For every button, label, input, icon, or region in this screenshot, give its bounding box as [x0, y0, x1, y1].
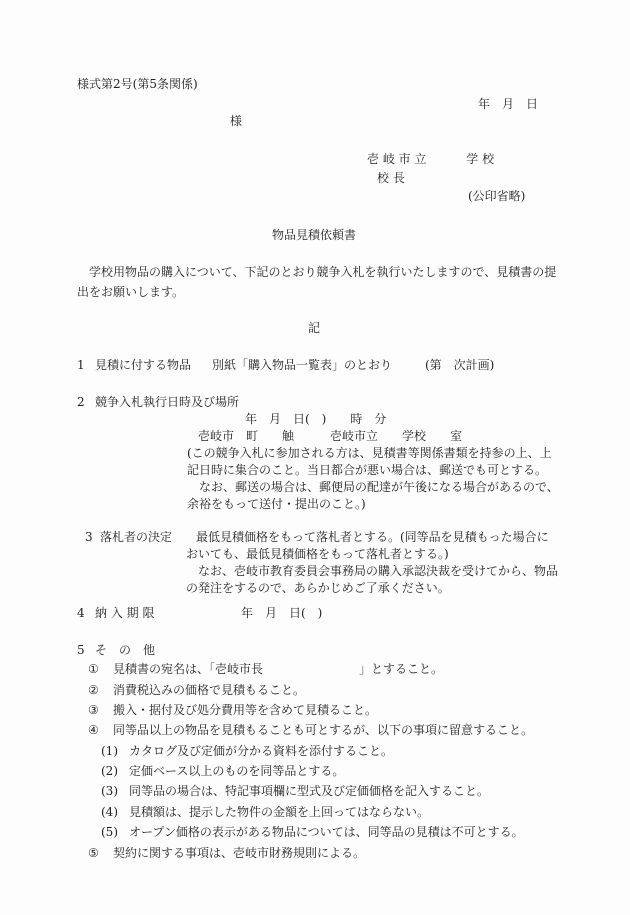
- section-2-datetime: 年 月 日( ) 時 分: [245, 412, 386, 426]
- section-5-number: 5: [77, 643, 85, 657]
- form-label: 様式第2号(第5条関係): [77, 77, 198, 91]
- section-3-line-4: の発注をするので、あらかじめご了承ください。: [186, 581, 450, 595]
- other-item-1-mark: ①: [88, 662, 99, 676]
- section-4-label: 納 入 期 限: [95, 606, 154, 620]
- sub-item-4: 見積額は、提示した物件の金額を上回ってはならない。: [129, 805, 429, 819]
- sub-item-3-mark: (3): [101, 784, 118, 798]
- section-2-note-3: なお、郵送の場合は、郵便局の配達が午後になる場合があるので、: [187, 480, 559, 494]
- intro-line-1: 学校用物品の購入について、下記のとおり競争入札を執行いたしますので、見積書の提: [77, 265, 556, 279]
- section-2-note-1: (この競争入札に参加される方は、見積書等関係書類を持参の上、上: [187, 446, 552, 460]
- section-1-content: 別紙「購入物品一覧表」のとおり: [212, 358, 392, 372]
- other-item-5: 契約に関する事項は、壱岐市財務規則による。: [113, 846, 365, 860]
- other-item-4-mark: ④: [88, 723, 99, 737]
- section-4-content: 年 月 日( ): [241, 606, 322, 620]
- other-item-3: 搬入・据付及び処分費用等を含めて見積ること。: [113, 703, 377, 717]
- sub-item-2-mark: (2): [101, 764, 118, 778]
- section-3-line-3: なお、壱岐市教育委員会事務局の購入承認決裁を受けてから、物品: [186, 564, 558, 578]
- section-2-place: 壱岐市 町 触 壱岐市立 学校 室: [198, 429, 462, 443]
- ki-marker: 記: [308, 321, 320, 335]
- section-1-label: 見積に付する物品: [95, 358, 191, 372]
- sub-item-2: 定価ベース以上のものを同等品とする。: [129, 764, 344, 778]
- section-2-note-2: 記日時に集合のこと。当日都合が悪い場合は、郵送でも可とする。: [187, 463, 547, 477]
- sender-title: 校 長: [377, 171, 405, 185]
- section-1-plan: (第 次計画): [425, 358, 494, 372]
- section-4-number: 4: [77, 606, 85, 620]
- section-2-number: 2: [77, 395, 85, 409]
- other-item-1: 見積書の宛名は、「壱岐市長 」とすること。: [113, 662, 443, 676]
- sub-item-1: カタログ及び定価が分かる資料を添付すること。: [129, 744, 393, 758]
- seal-note: (公印省略): [468, 189, 525, 203]
- sub-item-5-mark: (5): [101, 825, 118, 839]
- section-3-label: 落札者の決定: [100, 530, 172, 544]
- section-1-number: 1: [77, 358, 85, 372]
- other-item-2: 消費税込みの価格で見積もること。: [113, 683, 305, 697]
- section-5-label: そ の 他: [95, 643, 155, 657]
- other-item-4: 同等品以上の物品を見積もることも可とするが、以下の事項に留意すること。: [113, 723, 533, 737]
- date-line: 年 月 日: [478, 97, 538, 111]
- section-2-note-4: 余裕をもって送付・提出のこと。): [187, 497, 366, 511]
- section-3-number: 3: [85, 530, 93, 544]
- other-item-3-mark: ③: [88, 703, 99, 717]
- sub-item-1-mark: (1): [101, 744, 118, 758]
- other-item-5-mark: ⑤: [88, 846, 99, 860]
- sub-item-3: 同等品の場合は、特記事項欄に型式及び定価価格を記入すること。: [129, 784, 489, 798]
- intro-line-2: 出をお願いします。: [77, 285, 184, 299]
- sub-item-5: オープン価格の表示がある物品については、同等品の見積は不可とする。: [129, 825, 524, 839]
- section-2-label: 競争入札執行日時及び場所: [95, 395, 239, 409]
- sub-item-4-mark: (4): [101, 805, 118, 819]
- document-title: 物品見積依頼書: [272, 228, 356, 242]
- other-item-2-mark: ②: [88, 683, 99, 697]
- section-3-line-2: おいても、最低見積価格をもって落札者とする。): [186, 547, 449, 561]
- sender-school: 壱 岐 市 立 学 校: [367, 152, 494, 166]
- addressee-suffix: 様: [230, 114, 242, 128]
- section-3-line-1: 最低見積価格をもって落札者とする。(同等品を見積もった場合に: [196, 530, 549, 544]
